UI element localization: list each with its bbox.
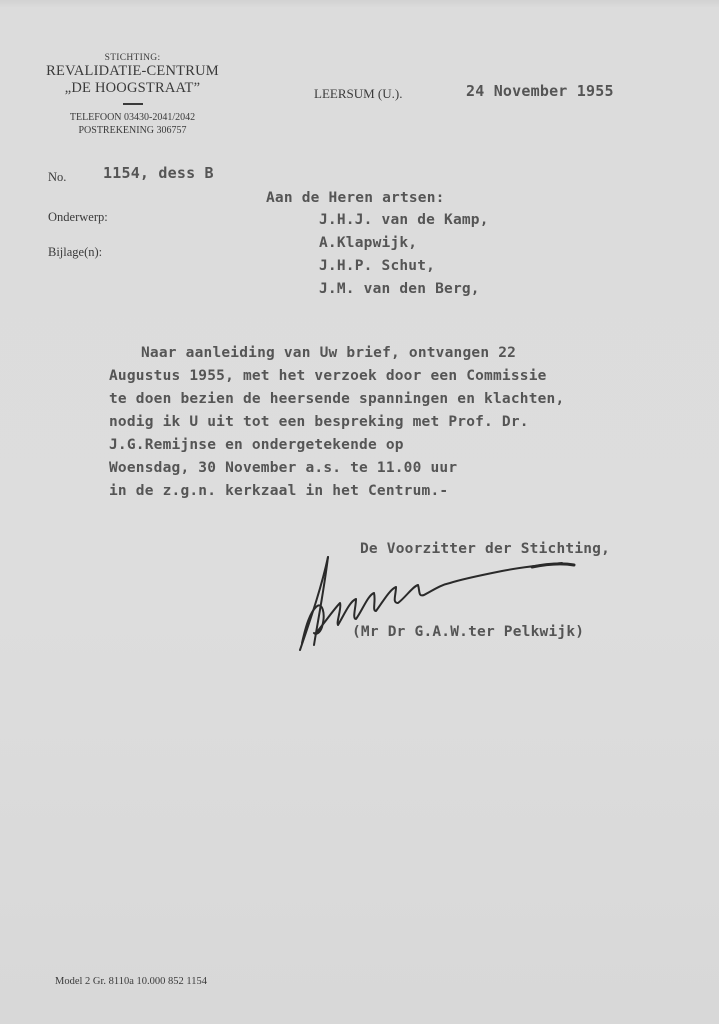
signatory-name: (Mr Dr G.A.W.ter Pelkwijk): [352, 624, 584, 640]
attachments-label: Bijlage(n):: [48, 245, 102, 260]
form-code: Model 2 Gr. 8110a 10.000 852 1154: [55, 976, 207, 987]
body-line: Woensdag, 30 November a.s. te 11.00 uur: [109, 460, 457, 476]
letterhead: STICHTING: REVALIDATIE-CENTRUM „DE HOOGS…: [40, 53, 225, 137]
letterhead-phone: TELEFOON 03430-2041/2042: [40, 111, 225, 124]
addressee-name: J.H.J. van de Kamp,: [319, 212, 489, 228]
signature-icon: [292, 555, 632, 655]
letter-page: STICHTING: REVALIDATIE-CENTRUM „DE HOOGS…: [0, 0, 719, 1024]
body-line: J.G.Remijnse en ondergetekende op: [109, 437, 404, 453]
letterhead-foundation: STICHTING:: [40, 53, 225, 63]
body-line: te doen bezien de heersende spanningen e…: [109, 391, 564, 407]
letterhead-divider: [123, 103, 143, 105]
letterhead-subname: „DE HOOGSTRAAT”: [40, 80, 225, 97]
letterhead-name: REVALIDATIE-CENTRUM: [40, 63, 225, 80]
letter-date: 24 November 1955: [466, 82, 614, 100]
body-line: Augustus 1955, met het verzoek door een …: [109, 368, 547, 384]
letterhead-giro: POSTREKENING 306757: [40, 124, 225, 137]
body-line: in de z.g.n. kerkzaal in het Centrum.-: [109, 483, 448, 499]
place: LEERSUM (U.).: [314, 86, 402, 102]
addressee-name: A.Klapwijk,: [319, 235, 417, 251]
addressee-heading: Aan de Heren artsen:: [266, 190, 445, 206]
body-line: nodig ik U uit tot een bespreking met Pr…: [109, 414, 529, 430]
addressee-name: J.H.P. Schut,: [319, 258, 435, 274]
subject-label: Onderwerp:: [48, 210, 108, 225]
reference-number: 1154, dess B: [103, 164, 214, 182]
body-line: Naar aanleiding van Uw brief, ontvangen …: [141, 345, 516, 361]
addressee-name: J.M. van den Berg,: [319, 281, 480, 297]
reference-number-label: No.: [48, 170, 66, 185]
